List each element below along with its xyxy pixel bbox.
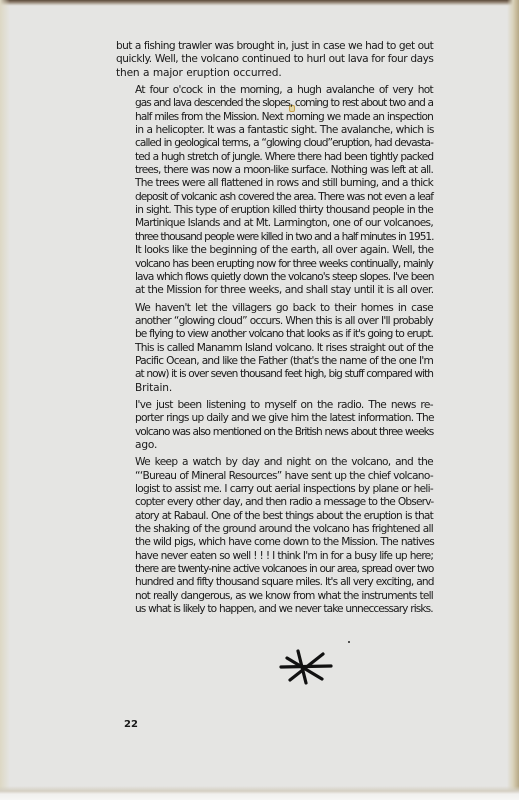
text-line: ted a hugh stretch of jungle. Where ther… — [116, 151, 433, 164]
paragraph: At four o'cock in the morning, a hugh av… — [116, 84, 433, 298]
text-line: Britain. — [116, 382, 433, 395]
text-line: trees, there was now a moon-like surface… — [116, 164, 433, 177]
text-line: the shaking of the ground around the vol… — [116, 523, 433, 536]
text-line: It looks like the beginning of the earth… — [116, 244, 433, 257]
text-line: Pacific Ocean, and like the Father (that… — [116, 355, 433, 368]
text-line: quickly. Well, the volcano continued to … — [116, 53, 433, 66]
text-line: another “glowing cloud” occurs. When thi… — [116, 315, 433, 328]
text-line: volcano was also mentioned on the Britis… — [116, 426, 433, 439]
text-line: ago. — [116, 439, 433, 452]
asterisk-ornament-icon — [275, 645, 335, 685]
text-line: The trees were all flattened in rows and… — [116, 177, 433, 190]
paragraph: but a fishing trawler was brought in, ju… — [116, 40, 433, 80]
paragraph: I've just been listening to myself on th… — [116, 399, 433, 452]
book-page: but a fishing trawler was brought in, ju… — [0, 0, 519, 800]
ink-dot — [348, 641, 350, 643]
text-line: called in geological terms, a “glowing c… — [116, 137, 433, 150]
text-line: half miles from the Mission. Next mornin… — [116, 111, 433, 124]
text-line: porter rings up daily and we give him th… — [116, 412, 433, 425]
text-line: gas and lava descended the slopes, comin… — [116, 97, 433, 110]
text-line: then a major eruption occurred. — [116, 67, 433, 80]
text-line: in a helicopter. It was a fantastic sigh… — [116, 124, 433, 137]
text-line: be flying to view another volcano that l… — [116, 328, 433, 341]
page-number: 22 — [124, 719, 138, 730]
text-line: This is called Manamm Island volcano. It… — [116, 342, 433, 355]
text-line: logist to assist me. I carry out aerial … — [116, 483, 433, 496]
page-right-edge — [507, 0, 519, 800]
text-line: there are twenty-nine active volcanoes i… — [116, 563, 433, 576]
text-line: us what is likely to happen, and we neve… — [116, 603, 433, 616]
text-line: We haven't let the villagers go back to … — [116, 302, 433, 315]
page-left-edge — [0, 0, 10, 800]
text-line: copter every other day, and then radio a… — [116, 496, 433, 509]
text-line: in sight. This type of eruption killed t… — [116, 204, 433, 217]
text-line: Martinique Islands and at Mt. Larmington… — [116, 217, 433, 230]
text-line: have never eaten so well ! ! ! I think I… — [116, 550, 433, 563]
text-line: at now) it is over seven thousand feet h… — [116, 368, 433, 381]
text-line: I've just been listening to myself on th… — [116, 399, 433, 412]
text-line: lava which flows quietly down the volcan… — [116, 271, 433, 284]
paragraph: We keep a watch by day and night on the … — [116, 456, 433, 616]
text-line: three thousand people were killed in two… — [116, 231, 433, 244]
text-line: deposit of volcanic ash covered the area… — [116, 191, 433, 204]
text-line: At four o'cock in the morning, a hugh av… — [116, 84, 433, 97]
text-line: “‘Bureau of Mineral Resources” have sent… — [116, 470, 433, 483]
body-text: but a fishing trawler was brought in, ju… — [116, 40, 433, 620]
text-line: We keep a watch by day and night on the … — [116, 456, 433, 469]
text-line: the wild pigs, which have come down to t… — [116, 536, 433, 549]
text-line: atory at Rabaul. One of the best things … — [116, 510, 433, 523]
text-line: hundred and fifty thousand square miles.… — [116, 576, 433, 589]
text-line: not really dangerous, as we know from wh… — [116, 590, 433, 603]
page-bottom-edge — [0, 786, 519, 800]
text-line: but a fishing trawler was brought in, ju… — [116, 40, 433, 53]
text-line: at the Mission for three weeks, and shal… — [116, 284, 433, 297]
paragraph: We haven't let the villagers go back to … — [116, 302, 433, 395]
page-top-edge — [0, 0, 519, 6]
text-line: volcano has been erupting now for three … — [116, 258, 433, 271]
